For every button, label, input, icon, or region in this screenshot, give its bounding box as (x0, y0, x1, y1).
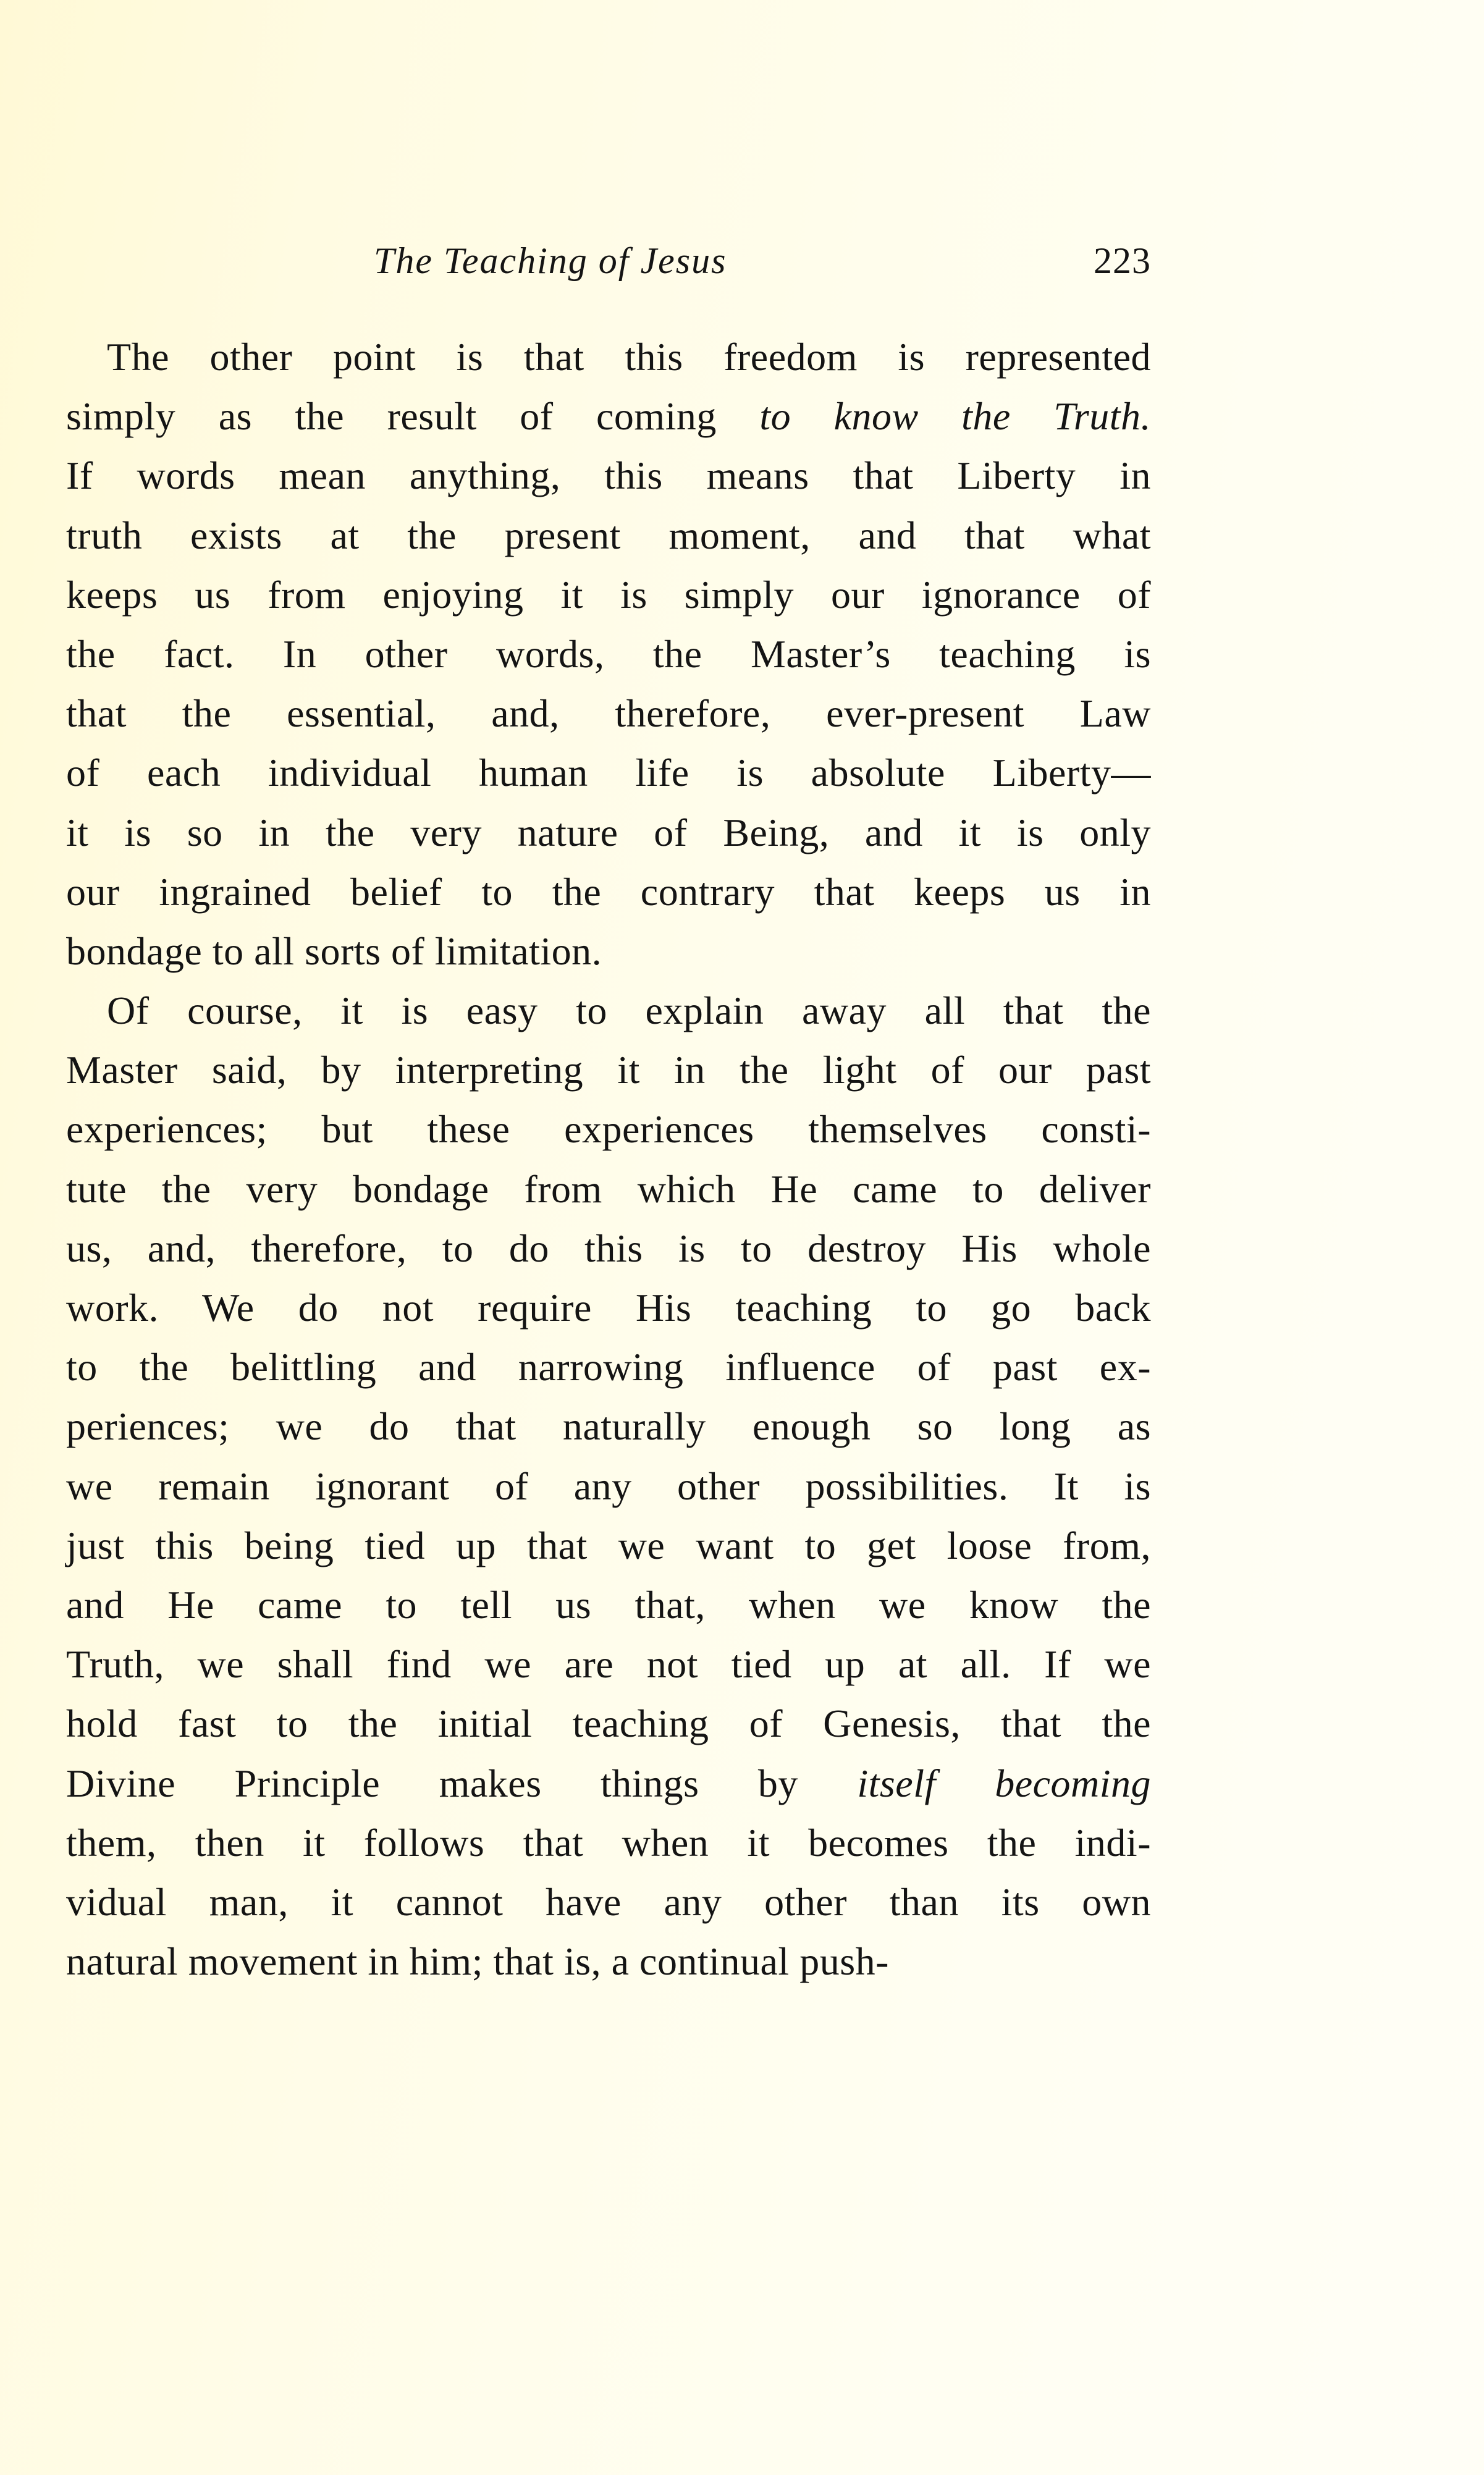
paragraph: Of course, it is easy to explain away al… (66, 981, 1151, 1991)
running-head: The Teaching of Jesus 223 (66, 240, 1151, 289)
text-segment: experiences; but these experiences thems… (66, 1107, 1151, 1151)
text-line: of each individual human life is absolut… (66, 743, 1151, 803)
text-line: truth exists at the present moment, and … (66, 506, 1151, 565)
running-title: The Teaching of Jesus (374, 240, 727, 282)
text-segment: we remain ignorant of any other possibil… (66, 1464, 1151, 1508)
text-line: keeps us from enjoying it is simply our … (66, 565, 1151, 625)
text-line: bondage to all sorts of limitation. (66, 922, 1151, 981)
text-segment: Of course, it is easy to explain away al… (107, 989, 1151, 1032)
text-line: experiences; but these experiences thems… (66, 1100, 1151, 1159)
text-line: we remain ignorant of any other possibil… (66, 1457, 1151, 1516)
text-line: the fact. In other words, the Master’s t… (66, 625, 1151, 684)
text-segment: of each individual human life is absolut… (66, 751, 1151, 795)
text-segment: Master said, by interpreting it in the l… (66, 1048, 1151, 1092)
text-line: that the essential, and, therefore, ever… (66, 684, 1151, 743)
text-line: Of course, it is easy to explain away al… (66, 981, 1151, 1040)
text-line: Master said, by interpreting it in the l… (66, 1040, 1151, 1100)
text-segment: and He came to tell us that, when we kno… (66, 1583, 1151, 1627)
text-line: hold fast to the initial teaching of Gen… (66, 1694, 1151, 1753)
text-segment: bondage to all sorts of limitation. (66, 929, 602, 973)
text-line: Divine Principle makes things by itself … (66, 1754, 1151, 1813)
paragraph: The other point is that this freedom is … (66, 327, 1151, 981)
text-line: our ingrained belief to the contrary tha… (66, 862, 1151, 922)
text-segment: truth exists at the present moment, and … (66, 513, 1151, 557)
italic-phrase: to know the Truth. (759, 394, 1151, 438)
text-segment: simply as the result of coming (66, 394, 759, 438)
text-segment: Truth, we shall find we are not tied up … (66, 1642, 1151, 1686)
text-line: vidual man, it cannot have any other tha… (66, 1873, 1151, 1932)
text-segment: Divine Principle makes things by (66, 1761, 857, 1805)
text-line: just this being tied up that we want to … (66, 1516, 1151, 1575)
text-line: it is so in the very nature of Being, an… (66, 803, 1151, 862)
text-segment: natural movement in him; that is, a cont… (66, 1939, 889, 1983)
text-segment: The other point is that this freedom is … (107, 335, 1151, 379)
text-line: them, then it follows that when it becom… (66, 1813, 1151, 1873)
text-segment: vidual man, it cannot have any other tha… (66, 1880, 1151, 1924)
text-segment: it is so in the very nature of Being, an… (66, 811, 1151, 854)
text-line: and He came to tell us that, when we kno… (66, 1575, 1151, 1635)
text-segment: that the essential, and, therefore, ever… (66, 691, 1151, 735)
text-segment: our ingrained belief to the contrary tha… (66, 870, 1151, 914)
text-segment: work. We do not require His teaching to … (66, 1286, 1151, 1330)
text-segment: to the belittling and narrowing influenc… (66, 1345, 1151, 1389)
italic-phrase: itself becoming (857, 1761, 1151, 1805)
text-line: If words mean anything, this means that … (66, 446, 1151, 505)
text-line: simply as the result of coming to know t… (66, 387, 1151, 446)
text-segment: them, then it follows that when it becom… (66, 1821, 1151, 1865)
text-line: tute the very bondage from which He came… (66, 1160, 1151, 1219)
text-segment: If words mean anything, this means that … (66, 453, 1151, 497)
text-segment: tute the very bondage from which He came… (66, 1167, 1151, 1211)
text-segment: keeps us from enjoying it is simply our … (66, 573, 1151, 617)
text-segment: just this being tied up that we want to … (66, 1524, 1151, 1567)
text-line: periences; we do that naturally enough s… (66, 1397, 1151, 1456)
text-line: natural movement in him; that is, a cont… (66, 1932, 1151, 1991)
text-segment: the fact. In other words, the Master’s t… (66, 632, 1151, 676)
book-page: The Teaching of Jesus 223 The other poin… (0, 0, 1484, 2475)
page-number: 223 (1094, 240, 1151, 282)
text-line: work. We do not require His teaching to … (66, 1278, 1151, 1338)
text-line: Truth, we shall find we are not tied up … (66, 1635, 1151, 1694)
body-text: The other point is that this freedom is … (66, 327, 1151, 1991)
text-line: us, and, therefore, to do this is to des… (66, 1219, 1151, 1278)
text-segment: periences; we do that naturally enough s… (66, 1404, 1151, 1448)
text-segment: us, and, therefore, to do this is to des… (66, 1226, 1151, 1270)
text-segment: hold fast to the initial teaching of Gen… (66, 1701, 1151, 1745)
text-line: to the belittling and narrowing influenc… (66, 1338, 1151, 1397)
text-line: The other point is that this freedom is … (66, 327, 1151, 387)
